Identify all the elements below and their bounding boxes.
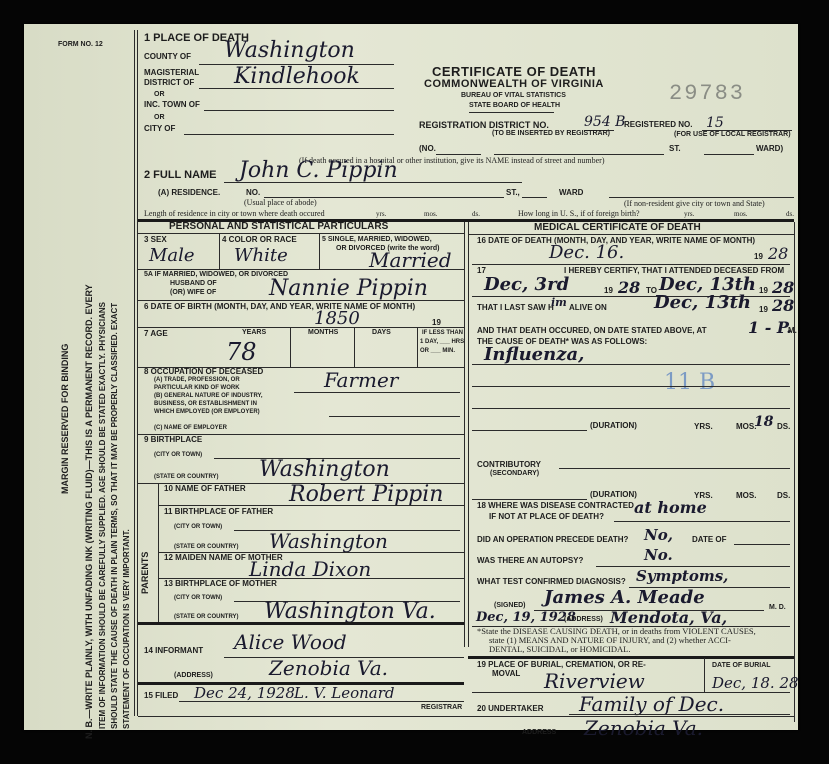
father-birthplace-value: Washington	[269, 529, 388, 553]
hrs-label: 1 DAY, ___ HRS	[420, 339, 464, 345]
filed-label: 15 FILED	[144, 691, 178, 700]
st-label: ST.	[669, 144, 681, 153]
m-label: M.	[788, 326, 797, 335]
informant-value: Alice Wood	[234, 630, 347, 654]
yrs-label: yrs.	[376, 210, 386, 218]
duration-yrs-label: YRS.	[694, 422, 713, 431]
months-label: MONTHS	[308, 329, 338, 336]
residence-no-label: NO.	[246, 188, 260, 197]
spouse-value: Nannie Pippin	[269, 276, 428, 301]
death-certificate: FORM NO. 12 MARGIN RESERVED FOR BINDING …	[24, 24, 798, 730]
margin-binding-note: MARGIN RESERVED FOR BINDING	[60, 344, 70, 494]
burial-label: 19 PLACE OF BURIAL, CREMATION, OR RE-	[477, 660, 646, 669]
burial-value: Riverview	[544, 669, 645, 693]
footnote: *State the DISEASE CAUSING DEATH, or in …	[477, 627, 756, 654]
death-time-label: AND THAT DEATH OCCURED, ON DATE STATED A…	[477, 326, 707, 335]
registered-note: (FOR USE OF LOCAL REGISTRAR)	[674, 131, 791, 138]
duration-days-value: 18	[754, 414, 773, 430]
sex-label: 3 SEX	[144, 235, 167, 244]
burial-date-value: Dec, 18. 28	[712, 674, 799, 692]
parents-label: PARENTS	[140, 552, 150, 594]
town-label: INC. TOWN OF	[144, 100, 200, 109]
yrs-label-2: yrs.	[684, 210, 694, 218]
street-no-label: (NO.	[419, 144, 436, 153]
mos-label: mos.	[424, 210, 437, 218]
physician-address-value: Mendota, Va,	[610, 608, 727, 627]
commonwealth: COMMONWEALTH OF VIRGINIA	[424, 78, 604, 90]
informant-label: 14 INFORMANT	[144, 646, 203, 655]
attend-from-value: Dec, 3rd	[484, 274, 569, 295]
years-label: YEARS	[242, 329, 266, 336]
less-than-label: IF LESS THAN	[422, 330, 463, 336]
race-value: White	[234, 245, 288, 266]
form-number: FORM NO. 12	[58, 41, 103, 48]
spouse-label-3: (OR) WIFE OF	[170, 289, 216, 296]
birthplace-label: 9 BIRTHPLACE	[144, 435, 202, 444]
residence-st-label: ST.,	[506, 188, 520, 197]
informant-address-label: (ADDRESS)	[174, 672, 213, 679]
last-saw-him: im	[551, 296, 567, 309]
or-label: OR	[154, 91, 165, 98]
race-label: 4 COLOR OR RACE	[222, 235, 297, 244]
last-saw-year: 28	[772, 296, 794, 315]
footnote-line-3: DENTAL, SUICIDAL, or HOMICIDAL.	[477, 645, 756, 654]
dod-year-value: 28	[768, 244, 788, 263]
filed-date-value: Dec 24, 1928	[194, 684, 295, 702]
registrar-signature: L. V. Leonard	[294, 684, 395, 702]
left-rule	[134, 30, 135, 716]
occ-b-label-2: BUSINESS, OR ESTABLISHMENT IN	[154, 401, 257, 407]
burial-date-label: DATE OF BURIAL	[712, 662, 771, 669]
physician-address-label: (ADDRESS)	[564, 616, 603, 623]
full-name-value: John C. Pippin	[239, 158, 398, 183]
sex-value: Male	[149, 245, 195, 266]
dob-19: 19	[432, 318, 441, 327]
nonresident-note: (If non-resident give city or town and S…	[624, 199, 765, 208]
contracted-value: at home	[634, 498, 707, 517]
mother-birthplace-label: 13 BIRTHPLACE OF MOTHER	[164, 579, 277, 588]
physician-signature: James A. Meade	[544, 587, 705, 608]
contracted-label-2: IF NOT AT PLACE OF DEATH?	[489, 512, 604, 521]
bureau: BUREAU OF VITAL STATISTICS	[461, 92, 566, 99]
duration-ds-label-2: DS.	[777, 491, 790, 500]
birthplace-city-label: (CITY OR TOWN)	[154, 452, 202, 458]
district-label: MAGISTERIAL	[144, 68, 199, 77]
instruction-line-1: N. B.—WRITE PLAINLY, WITH UNFADING INK (…	[84, 284, 94, 739]
age-label: 7 AGE	[144, 329, 168, 338]
undertaker-address-value: Zenobia Va.	[584, 716, 703, 740]
dob-label: 6 DATE OF BIRTH (MONTH, DAY, AND YEAR, W…	[144, 302, 415, 311]
ds-label-2: ds.	[786, 210, 794, 218]
dob-value: 1850	[314, 308, 360, 329]
district-value: Kindlehook	[234, 64, 360, 89]
min-label: OR ___ MIN.	[420, 348, 455, 354]
days-label: DAYS	[372, 329, 391, 336]
occ-a-label: (A) TRADE, PROFESSION, OR	[154, 377, 240, 383]
certificate-title: CERTIFICATE OF DEATH	[432, 64, 596, 79]
signed-label: (SIGNED)	[494, 602, 526, 609]
city-label: CITY OF	[144, 124, 175, 133]
marital-label: 5 SINGLE, MARRIED, WIDOWED,	[322, 236, 432, 243]
residence-label: (A) RESIDENCE.	[158, 188, 220, 197]
undertaker-value: Family of Dec.	[579, 692, 724, 716]
duration-label-2: (DURATION)	[590, 490, 637, 499]
certificate-number-stamp: 29783	[669, 81, 745, 106]
operation-date-label: DATE OF	[692, 535, 727, 544]
dod-year-prefix: 19	[754, 252, 763, 261]
mother-city-label: (CITY OR TOWN)	[174, 595, 222, 601]
occ-b-label-3: WHICH EMPLOYED (OR EMPLOYER)	[154, 409, 260, 415]
year-prefix: 19	[604, 286, 613, 295]
birthplace-state-value: Washington	[259, 457, 390, 482]
or-label-2: OR	[154, 114, 165, 121]
personal-header: PERSONAL AND STATISTICAL PARTICULARS	[169, 221, 388, 232]
residence-ward-label: WARD	[559, 188, 583, 197]
birthplace-state-label: (STATE OR COUNTRY)	[154, 474, 219, 480]
cause-code: 11 B	[664, 370, 715, 395]
abode-note: (Usual place of abode)	[244, 198, 317, 207]
operation-label: DID AN OPERATION PRECEDE DEATH?	[477, 535, 628, 544]
undertaker-address-label: ADDRESS	[522, 729, 556, 736]
death-time-value: 1 - P.	[748, 318, 792, 337]
ward-label: WARD)	[756, 144, 783, 153]
county-label: COUNTY OF	[144, 52, 191, 61]
employer-label: (C) NAME OF EMPLOYER	[154, 425, 227, 431]
duration-ds-label: DS.	[777, 422, 790, 431]
reg-district-value: 954 B	[584, 114, 625, 130]
undertaker-label: 20 UNDERTAKER	[477, 704, 544, 713]
dod-value: Dec. 16.	[549, 242, 624, 263]
reg-district-label: REGISTRATION DISTRICT NO.	[419, 120, 549, 130]
instruction-line-4: STATEMENT OF OCCUPATION IS VERY IMPORTAN…	[122, 529, 131, 729]
duration-mos-label-2: MOS.	[736, 491, 756, 500]
reg-district-note: (TO BE INSERTED BY REGISTRAR)	[492, 130, 610, 137]
registered-label: REGISTERED NO.	[624, 120, 692, 129]
father-city-label: (CITY OR TOWN)	[174, 524, 222, 530]
mother-birthplace-value: Washington Va.	[264, 599, 436, 624]
spouse-label: 5A IF MARRIED, WIDOWED, OR DIVORCED	[144, 271, 288, 278]
instruction-line-3: SHOULD STATE THE CAUSE OF DEATH IN PLAIN…	[110, 303, 119, 729]
alive-on-label: ALIVE ON	[569, 303, 607, 312]
operation-value: No,	[644, 526, 673, 544]
last-saw-label: THAT I LAST SAW H	[477, 303, 554, 312]
registrar-label: REGISTRAR	[421, 704, 462, 711]
autopsy-label: WAS THERE AN AUTOPSY?	[477, 556, 583, 565]
contributory-label: CONTRIBUTORY	[477, 460, 541, 469]
ds-label: ds.	[472, 210, 480, 218]
father-value: Robert Pippin	[289, 482, 443, 507]
length-residence-label: Length of residence in city or town wher…	[144, 209, 325, 218]
md-label: M. D.	[769, 604, 786, 611]
test-label: WHAT TEST CONFIRMED DIAGNOSIS?	[477, 577, 626, 586]
age-years-value: 78	[226, 338, 257, 366]
foreign-birth-label: How long in U. S., if of foreign birth?	[518, 209, 640, 218]
contracted-label: 18 WHERE WAS DISEASE CONTRACTED	[477, 501, 634, 510]
mos-label-2: mos.	[734, 210, 747, 218]
test-value: Symptoms,	[636, 567, 728, 585]
instruction-line-2: ITEM OF INFORMATION SHOULD BE CAREFULLY …	[98, 302, 107, 729]
county-value: Washington	[224, 38, 355, 63]
mother-state-label: (STATE OR COUNTRY)	[174, 614, 239, 620]
occupation-label: 8 OCCUPATION OF DECEASED	[144, 367, 263, 376]
last-saw-value: Dec, 13th	[654, 292, 751, 313]
medical-header: MEDICAL CERTIFICATE OF DEATH	[534, 222, 701, 233]
board: STATE BOARD OF HEALTH	[469, 102, 560, 109]
cause-value: Influenza,	[484, 344, 584, 365]
father-birthplace-label: 11 BIRTHPLACE OF FATHER	[164, 507, 273, 516]
secondary-label: (SECONDARY)	[490, 470, 539, 477]
district-label-2: DISTRICT OF	[144, 78, 194, 87]
signed-date-value: Dec, 19, 1928	[476, 610, 576, 625]
occupation-value: Farmer	[324, 368, 398, 392]
occ-a-label-2: PARTICULAR KIND OF WORK	[154, 385, 240, 391]
occ-b-label: (B) GENERAL NATURE OF INDUSTRY,	[154, 393, 263, 399]
spouse-label-2: HUSBAND OF	[170, 280, 217, 287]
father-state-label: (STATE OR COUNTRY)	[174, 544, 239, 550]
father-label: 10 NAME OF FATHER	[164, 484, 246, 493]
year-prefix-3: 19	[759, 305, 768, 314]
left-rule-2	[137, 30, 138, 716]
autopsy-value: No.	[644, 546, 673, 564]
attend-to-year: 28	[772, 278, 794, 297]
registered-value: 15	[706, 115, 724, 131]
burial-label-2: MOVAL	[492, 669, 520, 678]
year-prefix-2: 19	[759, 286, 768, 295]
duration-label: (DURATION)	[590, 421, 637, 430]
attend-from-year: 28	[618, 278, 640, 297]
informant-address-value: Zenobia Va.	[269, 656, 388, 680]
full-name-label: 2 FULL NAME	[144, 169, 217, 181]
